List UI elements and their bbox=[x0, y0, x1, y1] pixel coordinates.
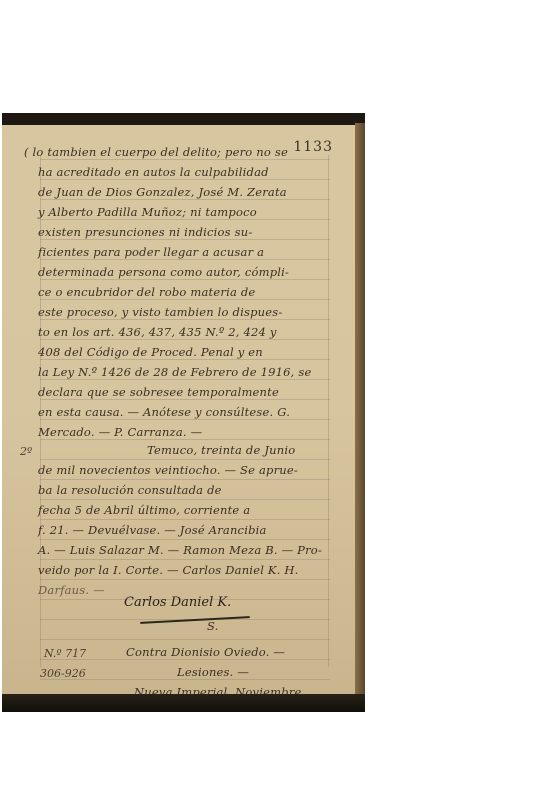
page-number: 1133 bbox=[293, 139, 333, 155]
text-line: ficientes para poder llegar a acusar a bbox=[38, 245, 264, 259]
text-line: en esta causa. — Anótese y consúltese. G… bbox=[38, 405, 290, 419]
page-edge bbox=[355, 123, 365, 698]
entry-number: N.º 717 bbox=[44, 647, 86, 660]
text-line: Temuco, treinta de Junio bbox=[147, 443, 295, 457]
text-line: f. 21. — Devuélvase. — José Arancibia bbox=[38, 523, 267, 537]
entry-number: 2º bbox=[20, 445, 32, 458]
entry-subtitle: Lesiones. — bbox=[177, 665, 249, 679]
text-line: ( lo tambien el cuerpo del delito; pero … bbox=[24, 145, 288, 159]
signature-flourish bbox=[140, 616, 250, 624]
entry-title: Contra Dionisio Oviedo. — bbox=[126, 645, 285, 659]
bottom-shadow bbox=[2, 694, 365, 712]
text-line: 408 del Código de Proced. Penal y en bbox=[38, 345, 263, 359]
text-line: fecha 5 de Abril último, corriente a bbox=[38, 503, 250, 517]
text-line: este proceso, y visto tambien lo dispues… bbox=[38, 305, 282, 319]
text-line: veido por la I. Corte. — Carlos Daniel K… bbox=[38, 563, 299, 577]
text-line: Mercado. — P. Carranza. — bbox=[38, 425, 202, 439]
text-line: de Juan de Dios Gonzalez, José M. Zerata bbox=[38, 185, 287, 199]
signature-sub: S. bbox=[207, 619, 219, 633]
text-line: determinada persona como autor, cómpli- bbox=[38, 265, 289, 279]
text-line: de mil novecientos veintiocho. — Se apru… bbox=[38, 463, 298, 477]
text-line: declara que se sobresee temporalmente bbox=[38, 385, 279, 399]
text-line: A. — Luis Salazar M. — Ramon Meza B. — P… bbox=[38, 543, 322, 557]
text-line: Darfaus. — bbox=[38, 583, 105, 597]
text-line: ha acreditado en autos la culpabilidad bbox=[38, 165, 269, 179]
ledger-page: 1133 ( lo tambien el cuerpo del delito; … bbox=[2, 125, 355, 697]
text-line: y Alberto Padilla Muñoz; ni tampoco bbox=[38, 205, 257, 219]
text-line: la Ley N.º 1426 de 28 de Febrero de 1916… bbox=[38, 365, 312, 379]
manuscript-photo: 1133 ( lo tambien el cuerpo del delito; … bbox=[2, 113, 365, 712]
signature: Carlos Daniel K. bbox=[124, 595, 231, 610]
text-line: to en los art. 436, 437, 435 N.º 2, 424 … bbox=[38, 325, 277, 339]
text-line: existen presunciones ni indicios su- bbox=[38, 225, 252, 239]
entry-reference: 306-926 bbox=[40, 667, 86, 680]
text-line: ce o encubridor del robo materia de bbox=[38, 285, 255, 299]
text-line: ba la resolución consultada de bbox=[38, 483, 222, 497]
